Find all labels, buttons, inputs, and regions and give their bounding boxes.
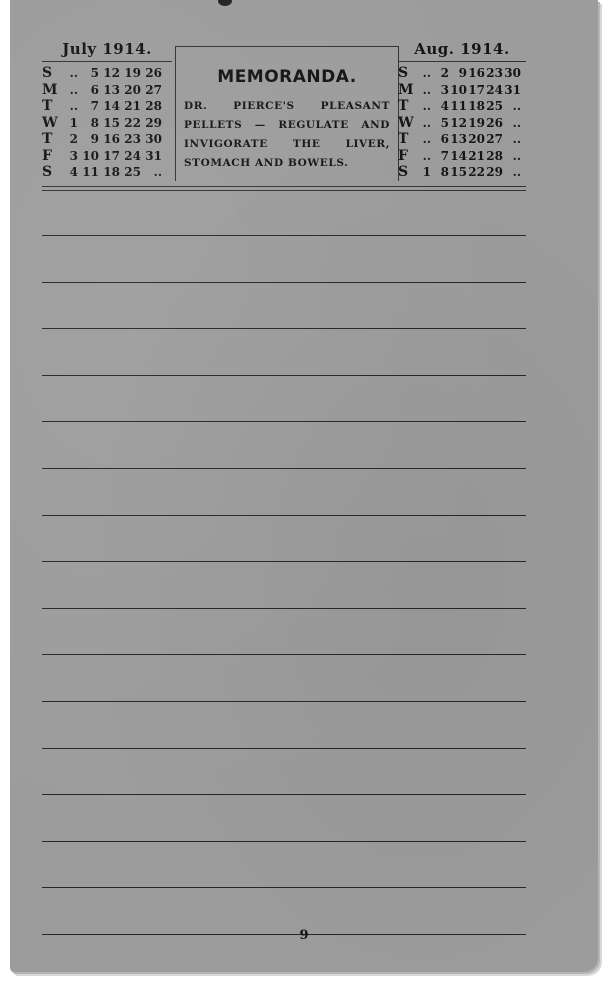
- calendar-date: ..: [503, 131, 521, 148]
- calendar-date: 27: [485, 131, 503, 148]
- memoranda-page: July 1914. S..5121926M..6132027T..714212…: [10, 0, 598, 972]
- calendar-date: 28: [141, 98, 162, 115]
- calendar-date: 15: [449, 164, 467, 181]
- calendar-title: Aug. 1914.: [398, 40, 526, 62]
- calendar-date: 19: [120, 65, 141, 82]
- weekday-label: F: [42, 148, 57, 165]
- weekday-label: T: [398, 131, 413, 148]
- calendar-date: 28: [485, 148, 503, 165]
- calendar-date: ..: [57, 65, 78, 82]
- ruled-line: [42, 282, 526, 283]
- calendar-date: 13: [449, 131, 467, 148]
- calendar-date: 31: [141, 148, 162, 165]
- calendar-date: 30: [503, 65, 521, 82]
- calendar-date: 24: [120, 148, 141, 165]
- calendar-date: 2: [57, 131, 78, 148]
- ruled-line: [42, 794, 526, 795]
- calendar-row: S4111825..: [42, 164, 172, 181]
- calendar-august-1914: Aug. 1914. S..29162330M..310172431T..411…: [398, 40, 526, 181]
- calendar-date: 21: [467, 148, 485, 165]
- calendar-grid: S..29162330M..310172431T..4111825..W..51…: [398, 65, 526, 181]
- calendar-date: 16: [467, 65, 485, 82]
- calendar-date: 15: [99, 115, 120, 132]
- ruled-line: [42, 561, 526, 562]
- calendar-date: 7: [431, 148, 449, 165]
- calendar-row: W18152229: [42, 115, 172, 132]
- calendar-date: 27: [141, 82, 162, 99]
- weekday-label: T: [398, 98, 413, 115]
- weekday-label: M: [42, 82, 57, 99]
- calendar-date: 31: [503, 82, 521, 99]
- calendar-row: S..5121926: [42, 65, 172, 82]
- calendar-grid: S..5121926M..6132027T..7142128W18152229T…: [42, 65, 172, 181]
- calendar-date: 17: [99, 148, 120, 165]
- calendar-row: T29162330: [42, 131, 172, 148]
- calendar-title: July 1914.: [42, 40, 172, 62]
- calendar-date: ..: [141, 164, 162, 181]
- calendar-date: ..: [413, 98, 431, 115]
- calendar-date: 22: [467, 164, 485, 181]
- calendar-date: 22: [120, 115, 141, 132]
- ruled-line: [42, 748, 526, 749]
- weekday-label: W: [398, 115, 413, 132]
- weekday-label: T: [42, 131, 57, 148]
- calendar-row: M..6132027: [42, 82, 172, 99]
- ruled-line: [42, 468, 526, 469]
- calendar-date: 21: [120, 98, 141, 115]
- calendar-date: 29: [485, 164, 503, 181]
- calendar-date: 29: [141, 115, 162, 132]
- calendar-date: 8: [431, 164, 449, 181]
- calendar-date: 9: [449, 65, 467, 82]
- weekday-label: S: [398, 164, 413, 181]
- calendar-date: 9: [78, 131, 99, 148]
- calendar-date: 12: [99, 65, 120, 82]
- calendar-date: 1: [413, 164, 431, 181]
- calendar-date: 3: [431, 82, 449, 99]
- calendar-date: 12: [449, 115, 467, 132]
- calendar-row: T..4111825..: [398, 98, 526, 115]
- weekday-label: T: [42, 98, 57, 115]
- calendar-row: W..5121926..: [398, 115, 526, 132]
- calendar-date: 6: [78, 82, 99, 99]
- header-divider: [42, 186, 526, 187]
- calendar-date: 2: [431, 65, 449, 82]
- calendar-date: 8: [78, 115, 99, 132]
- calendar-row: M..310172431: [398, 82, 526, 99]
- calendar-date: ..: [413, 115, 431, 132]
- calendar-date: 25: [120, 164, 141, 181]
- calendar-date: 5: [78, 65, 99, 82]
- calendar-date: 7: [78, 98, 99, 115]
- calendar-date: ..: [413, 82, 431, 99]
- page-number: 9: [10, 928, 598, 943]
- ruled-line: [42, 515, 526, 516]
- advertisement-box: MEMORANDA. DR. PIERCE'S PLEASANT PELLETS…: [175, 46, 399, 181]
- ruled-lines: [42, 235, 526, 981]
- header-divider: [42, 190, 526, 191]
- calendar-date: ..: [413, 148, 431, 165]
- calendar-date: 1: [57, 115, 78, 132]
- calendar-row: T..6132027..: [398, 131, 526, 148]
- ruled-line: [42, 328, 526, 329]
- advertisement-text: DR. PIERCE'S PLEASANT PELLETS — REGULATE…: [184, 97, 390, 173]
- calendar-date: 20: [467, 131, 485, 148]
- calendar-date: 3: [57, 148, 78, 165]
- calendar-date: 30: [141, 131, 162, 148]
- weekday-label: M: [398, 82, 413, 99]
- weekday-label: W: [42, 115, 57, 132]
- calendar-july-1914: July 1914. S..5121926M..6132027T..714212…: [42, 40, 172, 181]
- ruled-line: [42, 421, 526, 422]
- calendar-date: 11: [449, 98, 467, 115]
- calendar-date: 18: [467, 98, 485, 115]
- calendar-date: 13: [99, 82, 120, 99]
- calendar-date: 26: [485, 115, 503, 132]
- ruled-line: [42, 375, 526, 376]
- calendar-date: 6: [431, 131, 449, 148]
- calendar-date: ..: [57, 98, 78, 115]
- ink-stain: [218, 0, 232, 6]
- calendar-row: T..7142128: [42, 98, 172, 115]
- calendar-date: 23: [485, 65, 503, 82]
- calendar-date: 26: [141, 65, 162, 82]
- ruled-line: [42, 654, 526, 655]
- calendar-row: F..7142128..: [398, 148, 526, 165]
- calendar-date: 17: [467, 82, 485, 99]
- calendar-date: 4: [57, 164, 78, 181]
- calendar-date: 4: [431, 98, 449, 115]
- calendar-date: ..: [503, 115, 521, 132]
- calendar-date: ..: [503, 148, 521, 165]
- calendar-date: ..: [413, 65, 431, 82]
- calendar-date: 25: [485, 98, 503, 115]
- calendar-date: 19: [467, 115, 485, 132]
- weekday-label: F: [398, 148, 413, 165]
- calendar-date: 5: [431, 115, 449, 132]
- calendar-date: ..: [503, 98, 521, 115]
- ruled-line: [42, 235, 526, 236]
- calendar-date: 10: [78, 148, 99, 165]
- calendar-date: ..: [503, 164, 521, 181]
- calendar-date: 16: [99, 131, 120, 148]
- memoranda-heading: MEMORANDA.: [176, 67, 398, 87]
- weekday-label: S: [42, 65, 57, 82]
- calendar-date: 14: [449, 148, 467, 165]
- ruled-line: [42, 608, 526, 609]
- calendar-date: 20: [120, 82, 141, 99]
- calendar-date: 14: [99, 98, 120, 115]
- calendar-date: ..: [413, 131, 431, 148]
- weekday-label: S: [398, 65, 413, 82]
- calendar-row: S18152229..: [398, 164, 526, 181]
- ruled-line: [42, 887, 526, 888]
- calendar-date: ..: [57, 82, 78, 99]
- calendar-row: S..29162330: [398, 65, 526, 82]
- ruled-line: [42, 841, 526, 842]
- calendar-date: 23: [120, 131, 141, 148]
- calendar-row: F310172431: [42, 148, 172, 165]
- calendar-date: 18: [99, 164, 120, 181]
- calendar-date: 11: [78, 164, 99, 181]
- calendar-date: 24: [485, 82, 503, 99]
- ruled-line: [42, 701, 526, 702]
- calendar-date: 10: [449, 82, 467, 99]
- weekday-label: S: [42, 164, 57, 181]
